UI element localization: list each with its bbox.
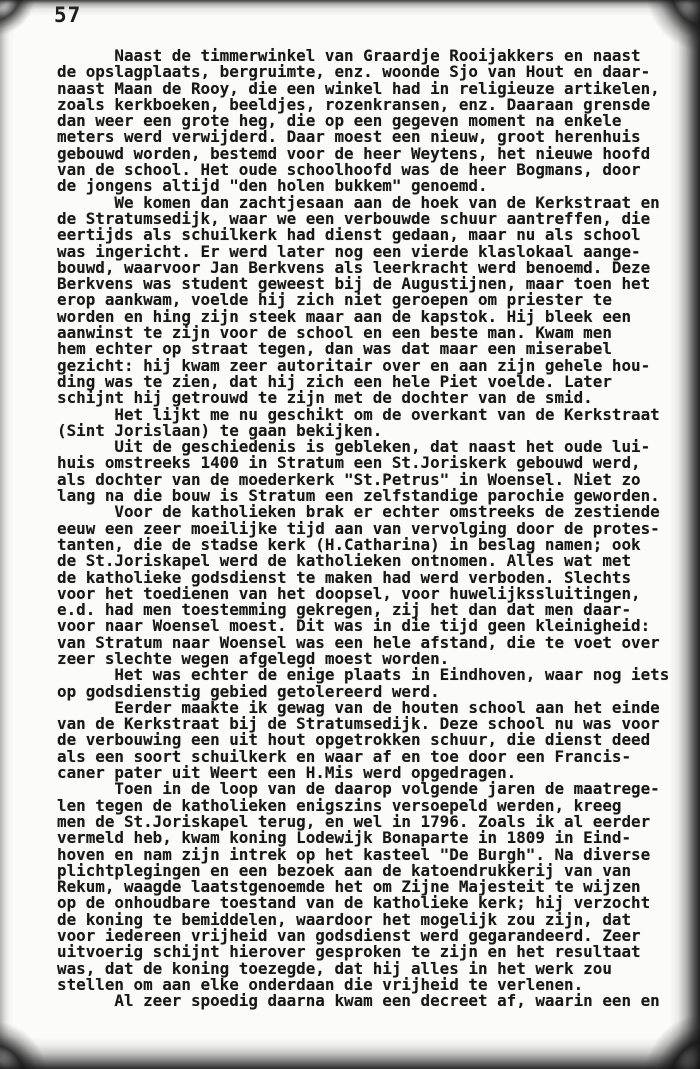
paragraph: Toen in de loop van de daarop volgende j…: [57, 781, 677, 993]
paragraph: Het was echter de enige plaats in Eindho…: [57, 667, 677, 700]
paragraph: Naast de timmerwinkel van Graardje Rooij…: [57, 48, 677, 195]
page-number: 57: [54, 3, 81, 27]
paragraph: Al zeer spoedig daarna kwam een decreet …: [57, 993, 677, 1009]
scanned-document-page: 57 Naast de timmerwinkel van Graardje Ro…: [0, 0, 700, 1069]
paragraph: Eerder maakte ik gewag van de houten sch…: [57, 700, 677, 781]
paragraph: Uit de geschiedenis is gebleken, dat naa…: [57, 439, 677, 504]
paragraph: We komen dan zachtjesaan aan de hoek van…: [57, 195, 677, 407]
document-body: Naast de timmerwinkel van Graardje Rooij…: [57, 48, 677, 1010]
paragraph: Voor de katholieken brak er echter omstr…: [57, 504, 677, 667]
paragraph: Het lijkt me nu geschikt om de overkant …: [57, 407, 677, 440]
